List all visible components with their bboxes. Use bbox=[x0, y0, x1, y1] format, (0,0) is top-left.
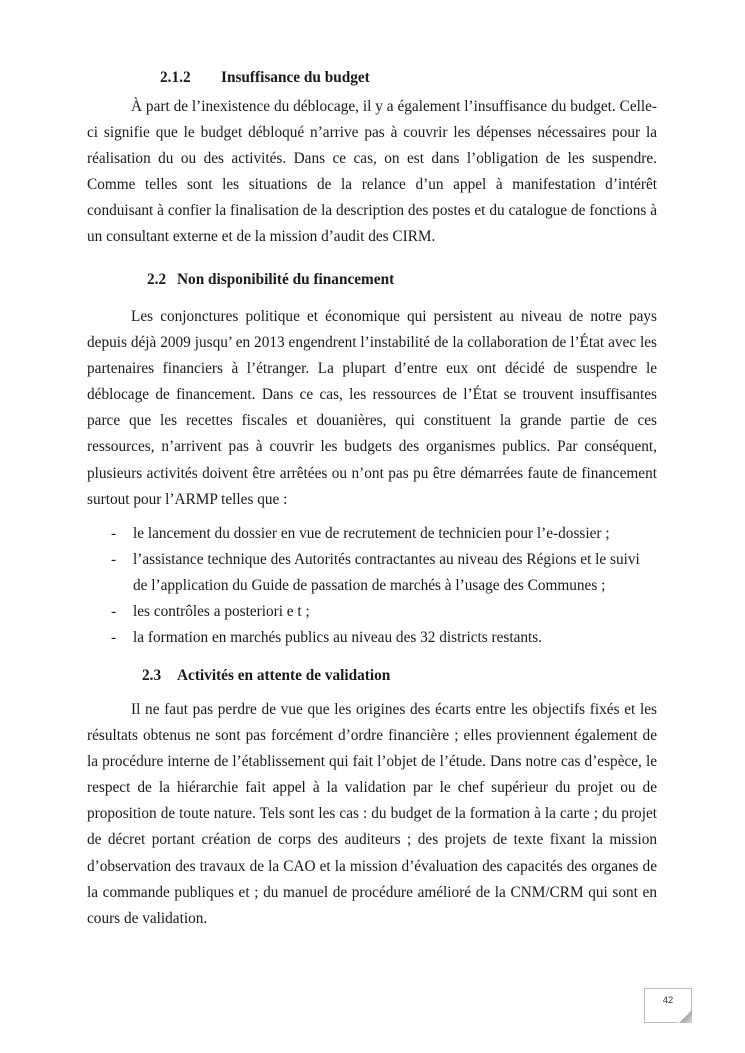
section-heading-2-3: 2.3Activités en attente de validation bbox=[142, 667, 390, 685]
list-item-text: le lancement du dossier en vue de recrut… bbox=[133, 525, 610, 542]
list-item-text: les contrôles a posteriori e t ; bbox=[133, 603, 310, 620]
section-title: Non disponibilité du financement bbox=[177, 271, 394, 288]
section-paragraph: Les conjonctures politique et économique… bbox=[87, 304, 657, 513]
bullet-dash: - bbox=[111, 599, 116, 625]
section-number: 2.3 bbox=[142, 667, 177, 685]
section-paragraph: À part de l’inexistence du déblocage, il… bbox=[87, 94, 657, 251]
section-heading-2-2: 2.2Non disponibilité du financement bbox=[147, 271, 394, 289]
list-item: -les contrôles a posteriori e t ; bbox=[87, 599, 657, 625]
list-item-text: la formation en marchés publics au nivea… bbox=[133, 629, 542, 646]
page-curl-icon bbox=[678, 1011, 692, 1023]
list-item: -le lancement du dossier en vue de recru… bbox=[87, 521, 657, 547]
document-page: 2.1.2Insuffisance du budget À part de l’… bbox=[0, 0, 745, 1053]
section-title: Insuffisance du budget bbox=[221, 69, 370, 86]
section-paragraph: Il ne faut pas perdre de vue que les ori… bbox=[87, 697, 657, 932]
bullet-list: -le lancement du dossier en vue de recru… bbox=[87, 521, 657, 651]
page-number: 42 bbox=[663, 995, 674, 1006]
section-title: Activités en attente de validation bbox=[177, 667, 390, 684]
list-item: -l’assistance technique des Autorités co… bbox=[87, 547, 657, 599]
bullet-dash: - bbox=[111, 625, 116, 651]
page-number-box: 42 bbox=[644, 988, 692, 1023]
section-number: 2.2 bbox=[147, 271, 177, 289]
paragraph-text: Les conjonctures politique et économique… bbox=[87, 308, 657, 508]
bullet-dash: - bbox=[111, 521, 116, 547]
list-item-text: l’assistance technique des Autorités con… bbox=[133, 551, 640, 594]
section-heading-2-1-2: 2.1.2Insuffisance du budget bbox=[160, 69, 370, 87]
bullet-dash: - bbox=[111, 547, 116, 573]
paragraph-text: Il ne faut pas perdre de vue que les ori… bbox=[87, 701, 657, 927]
section-number: 2.1.2 bbox=[160, 69, 221, 87]
list-item: -la formation en marchés publics au nive… bbox=[87, 625, 657, 651]
paragraph-text: À part de l’inexistence du déblocage, il… bbox=[87, 98, 657, 245]
